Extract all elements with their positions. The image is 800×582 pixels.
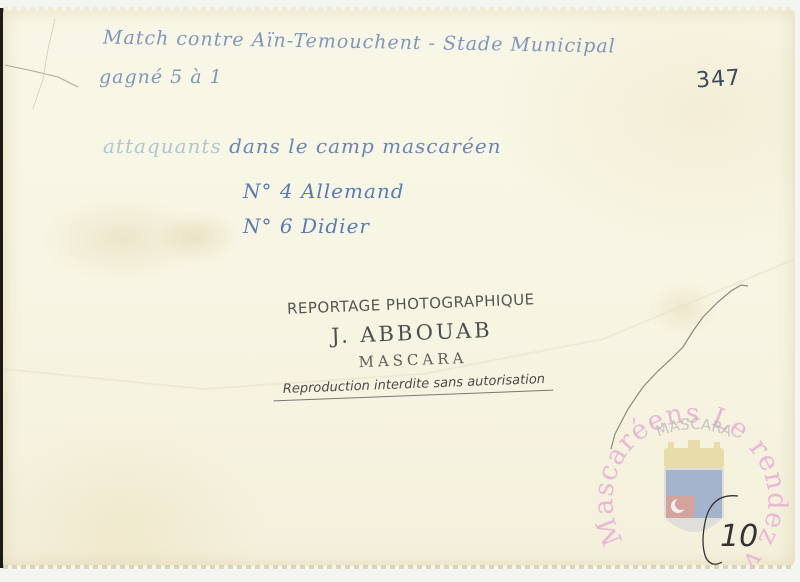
handwritten-caption-line: attaquants dans le camp mascaréen xyxy=(103,134,502,158)
handwritten-score-line: gagné 5 à 1 xyxy=(99,66,223,88)
corner-annotation-mark: 10 xyxy=(688,488,768,568)
stamp-photographer: J. ABBOUAB xyxy=(267,315,558,350)
handwritten-caption-text: dans le camp mascaréen xyxy=(229,134,501,158)
handwritten-faded-word: attaquants xyxy=(103,134,222,158)
handwritten-reference-number: 347 xyxy=(695,65,742,93)
handwritten-player-6: N° 6 Didier xyxy=(243,214,370,238)
svg-text:10: 10 xyxy=(720,519,758,554)
stamp-city: MASCARA xyxy=(268,345,558,374)
handwritten-player-4: N° 4 Allemand xyxy=(243,179,405,203)
corner-annotation: 10 xyxy=(688,488,768,568)
photographer-stamp: REPORTAGE PHOTOGRAPHIQUE J. ABBOUAB MASC… xyxy=(265,285,560,436)
stamp-notice: Reproduction interdite sans autorisation xyxy=(269,371,559,397)
scanned-photo-back: Match contre Aïn-Temouchent - Stade Muni… xyxy=(0,0,800,582)
